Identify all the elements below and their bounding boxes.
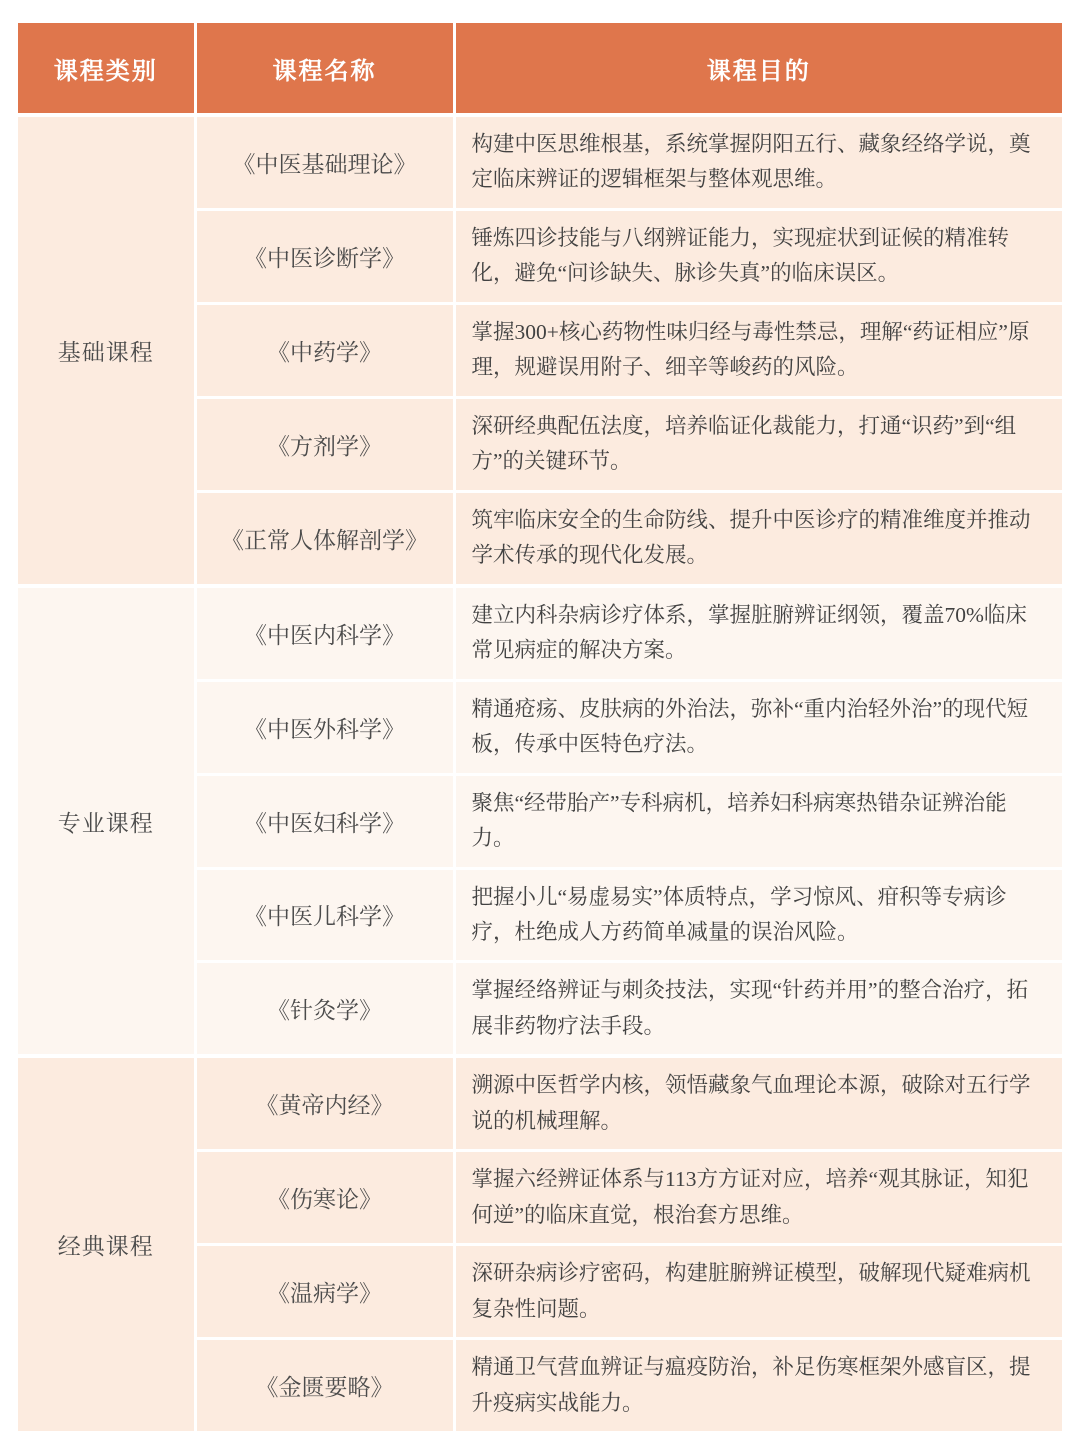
group-basic-courses: 基础课程 《中医基础理论》 构建中医思维根基，系统掌握阴阳五行、藏象经络学说，奠… (18, 115, 1062, 586)
category-cell-professional: 专业课程 (18, 586, 195, 1057)
table-row: 专业课程 《中医内科学》 建立内科杂病诊疗体系，掌握脏腑辨证纲领，覆盖70%临床… (18, 586, 1062, 680)
page: 课程类别 课程名称 课程目的 基础课程 《中医基础理论》 构建中医思维根基，系统… (0, 0, 1080, 1282)
course-name-cell: 《方剂学》 (195, 397, 454, 491)
group-professional-courses: 专业课程 《中医内科学》 建立内科杂病诊疗体系，掌握脏腑辨证纲领，覆盖70%临床… (18, 586, 1062, 1057)
course-name-cell: 《中医诊断学》 (195, 209, 454, 303)
course-purpose-cell: 溯源中医哲学内核，领悟藏象气血理论本源，破除对五行学说的机械理解。 (454, 1056, 1062, 1150)
course-purpose-cell: 聚焦“经带胎产”专科病机，培养妇科病寒热错杂证辨治能力。 (454, 774, 1062, 868)
course-purpose-cell: 深研经典配伍法度，培养临证化裁能力，打通“识药”到“组方”的关键环节。 (454, 397, 1062, 491)
course-name-cell: 《中医内科学》 (195, 586, 454, 680)
course-name-cell: 《中医外科学》 (195, 680, 454, 774)
course-purpose-cell: 掌握300+核心药物性味归经与毒性禁忌，理解“药证相应”原理，规避误用附子、细辛… (454, 303, 1062, 397)
course-name-cell: 《黄帝内经》 (195, 1056, 454, 1150)
category-cell-classic: 经典课程 (18, 1056, 195, 1431)
course-name-cell: 《中医妇科学》 (195, 774, 454, 868)
table-header-row: 课程类别 课程名称 课程目的 (18, 23, 1062, 115)
course-table: 课程类别 课程名称 课程目的 基础课程 《中医基础理论》 构建中医思维根基，系统… (18, 23, 1062, 1431)
header-course-name: 课程名称 (195, 23, 454, 115)
table-row: 基础课程 《中医基础理论》 构建中医思维根基，系统掌握阴阳五行、藏象经络学说，奠… (18, 115, 1062, 209)
course-purpose-cell: 精通疮疡、皮肤病的外治法，弥补“重内治轻外治”的现代短板，传承中医特色疗法。 (454, 680, 1062, 774)
course-name-cell: 《伤寒论》 (195, 1151, 454, 1245)
table-row: 经典课程 《黄帝内经》 溯源中医哲学内核，领悟藏象气血理论本源，破除对五行学说的… (18, 1056, 1062, 1150)
course-name-cell: 《正常人体解剖学》 (195, 491, 454, 585)
header-category: 课程类别 (18, 23, 195, 115)
course-purpose-cell: 建立内科杂病诊疗体系，掌握脏腑辨证纲领，覆盖70%临床常见病症的解决方案。 (454, 586, 1062, 680)
course-name-cell: 《中医基础理论》 (195, 115, 454, 209)
course-purpose-cell: 锤炼四诊技能与八纲辨证能力，实现症状到证候的精准转化，避免“问诊缺失、脉诊失真”… (454, 209, 1062, 303)
course-name-cell: 《金匮要略》 (195, 1339, 454, 1431)
course-name-cell: 《中药学》 (195, 303, 454, 397)
group-classic-courses: 经典课程 《黄帝内经》 溯源中医哲学内核，领悟藏象气血理论本源，破除对五行学说的… (18, 1056, 1062, 1431)
header-course-purpose: 课程目的 (454, 23, 1062, 115)
course-purpose-cell: 筑牢临床安全的生命防线、提升中医诊疗的精准维度并推动学术传承的现代化发展。 (454, 491, 1062, 585)
course-purpose-cell: 掌握六经辨证体系与113方方证对应，培养“观其脉证，知犯何逆”的临床直觉，根治套… (454, 1151, 1062, 1245)
course-name-cell: 《温病学》 (195, 1245, 454, 1339)
course-purpose-cell: 构建中医思维根基，系统掌握阴阳五行、藏象经络学说，奠定临床辨证的逻辑框架与整体观… (454, 115, 1062, 209)
course-name-cell: 《针灸学》 (195, 962, 454, 1056)
course-purpose-cell: 深研杂病诊疗密码，构建脏腑辨证模型，破解现代疑难病机复杂性问题。 (454, 1245, 1062, 1339)
category-cell-basic: 基础课程 (18, 115, 195, 586)
course-name-cell: 《中医儿科学》 (195, 868, 454, 962)
course-purpose-cell: 掌握经络辨证与刺灸技法，实现“针药并用”的整合治疗，拓展非药物疗法手段。 (454, 962, 1062, 1056)
course-purpose-cell: 精通卫气营血辨证与瘟疫防治，补足伤寒框架外感盲区，提升疫病实战能力。 (454, 1339, 1062, 1431)
course-purpose-cell: 把握小儿“易虚易实”体质特点，学习惊风、疳积等专病诊疗，杜绝成人方药简单减量的误… (454, 868, 1062, 962)
